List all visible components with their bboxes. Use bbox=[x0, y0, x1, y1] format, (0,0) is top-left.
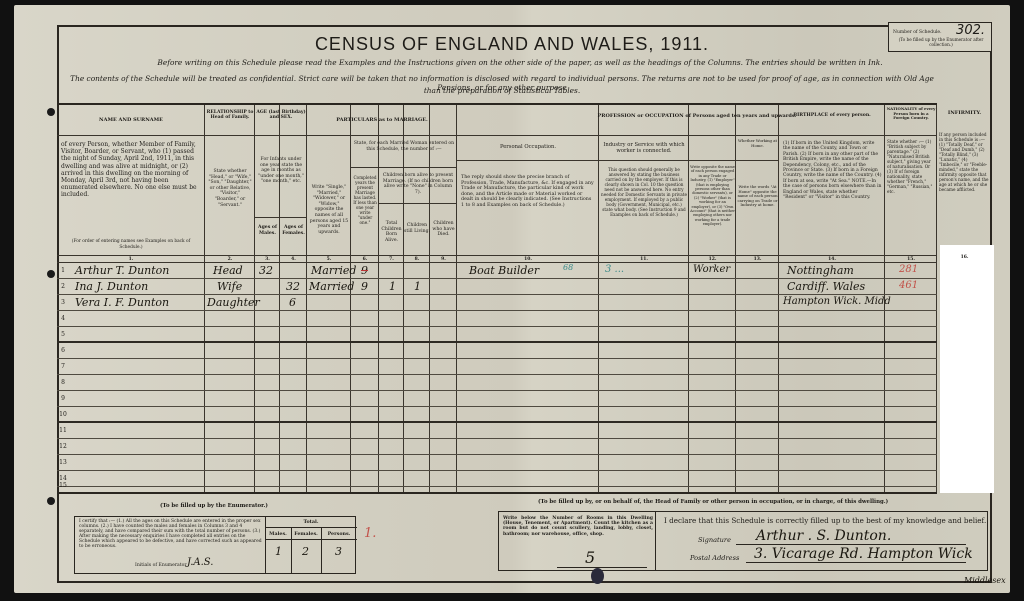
header-birthplace: BIRTHPLACE of every person. bbox=[779, 113, 885, 119]
entry-years-married: 9 bbox=[361, 280, 368, 293]
census-table: NAME AND SURNAME of every Person, whethe… bbox=[57, 103, 937, 494]
header-infirmity: INFIRMITY. bbox=[937, 110, 992, 116]
header-age: AGE (last Birthday) and SEX. bbox=[255, 110, 307, 120]
entry-birthplace-code: 461 bbox=[899, 280, 918, 291]
redacted-area bbox=[940, 245, 994, 493]
table-row: 13 bbox=[57, 455, 937, 471]
entry-relationship: Head bbox=[213, 264, 243, 277]
entry-industry: 3 ... bbox=[605, 264, 624, 275]
table-row: 9 bbox=[57, 391, 937, 407]
header-children: Children born alive to present Marriage.… bbox=[381, 173, 455, 195]
total-persons: 3 bbox=[335, 545, 342, 558]
entry-relationship: Daughter bbox=[207, 296, 260, 309]
entry-birthplace: Hampton Wick. Midd bbox=[783, 296, 891, 307]
header-age-females: Ages of Females. bbox=[280, 225, 307, 236]
header-name-body: of every Person, whether Member of Famil… bbox=[61, 141, 201, 199]
entry-birthplace: Cardiff. Wales bbox=[787, 280, 865, 293]
instruction-line: Before writing on this Schedule please r… bbox=[80, 58, 960, 67]
header-children-total: Total Children Born Alive. bbox=[379, 221, 404, 243]
header-personal-occupation: Personal Occupation. bbox=[459, 145, 597, 151]
entry-relationship: Wife bbox=[217, 280, 242, 293]
header-relationship-body: State whether "Head," or "Wife," "Son," … bbox=[207, 169, 253, 208]
table-row: 15 bbox=[57, 479, 937, 495]
entry-name: Arthur T. Dunton bbox=[75, 264, 169, 277]
total-females: 2 bbox=[302, 545, 309, 558]
table-row: 4 bbox=[57, 311, 937, 327]
header-marriage: PARTICULARS as to MARRIAGE. bbox=[307, 117, 457, 123]
table-row: 12 bbox=[57, 439, 937, 455]
header-name-note: (For order of entering names see Example… bbox=[61, 239, 201, 250]
entry-marital: Married bbox=[309, 280, 354, 293]
table-row: 7 bbox=[57, 359, 937, 375]
header-children-died: Children who have Died. bbox=[430, 221, 457, 238]
entry-employment: Worker bbox=[693, 264, 730, 275]
header-age-body: For Infants under one year state the age… bbox=[257, 157, 305, 185]
header-name: NAME AND SURNAME bbox=[57, 117, 205, 123]
postal-address-line2: Middlesex bbox=[964, 576, 1006, 585]
entry-children-total: 1 bbox=[389, 280, 396, 293]
confidential-line-2: than the preparation of Statistical Tabl… bbox=[62, 86, 942, 95]
schedule-number-box: Number of Schedule. (To be filled up by … bbox=[888, 22, 992, 52]
entry-age-female: 6 bbox=[289, 296, 296, 309]
entry-name: Ina J. Dunton bbox=[75, 280, 148, 293]
header-marital-body: Write "Single," "Married," "Widower," or… bbox=[309, 185, 349, 235]
table-row: 11 bbox=[57, 423, 937, 439]
rooms-box: Write below the Number of Rooms in this … bbox=[498, 511, 656, 571]
header-industry: Industry or Service with which worker is… bbox=[601, 143, 687, 154]
header-employment-body: Write opposite the name of each person e… bbox=[690, 165, 735, 227]
entry-birthplace: Nottingham bbox=[787, 264, 854, 277]
entry-marital: Married bbox=[311, 264, 356, 277]
certificate-box: I certify that :— (1.) All the ages on t… bbox=[74, 516, 356, 574]
margin-mark: 1. bbox=[364, 526, 376, 541]
total-label: Total. bbox=[265, 519, 357, 525]
total-males: 1 bbox=[275, 545, 282, 558]
header-children-living: Children still Living. bbox=[404, 223, 430, 234]
header-nationality-body: State whether :— (1) "British subject by… bbox=[887, 139, 935, 194]
rooms-instructions: Write below the Number of Rooms in this … bbox=[503, 516, 653, 537]
punch-hole bbox=[47, 270, 55, 278]
schedule-number-note: (To be filled up by the Enumerator after… bbox=[893, 37, 989, 47]
page-title: CENSUS OF ENGLAND AND WALES, 1911. bbox=[0, 34, 1024, 55]
enumerator-label: (To be filled up by the Enumerator.) bbox=[160, 503, 268, 509]
certify-text: I certify that :— (1.) All the ages on t… bbox=[79, 519, 265, 550]
entry-occupation: Boat Builder bbox=[469, 264, 539, 277]
header-married-woman: State, for each Married Woman entered on… bbox=[353, 141, 455, 152]
initials-label: Initials of Enumerator bbox=[135, 563, 187, 568]
entry-birthplace-code: 281 bbox=[899, 264, 918, 275]
header-nationality: NATIONALITY of every Person born in a Fo… bbox=[885, 107, 937, 121]
ink-blot bbox=[591, 568, 604, 584]
entry-age-female: 32 bbox=[286, 280, 300, 293]
rooms-count: 5 bbox=[585, 548, 595, 567]
table-row: 6 bbox=[57, 343, 937, 359]
schedule-number: 302. bbox=[956, 23, 985, 38]
signature: Arthur . S. Dunton. bbox=[756, 528, 891, 544]
table-row: 5 bbox=[57, 327, 937, 343]
header-at-home: Whether Working at Home. bbox=[737, 139, 778, 148]
header-industry-body: This question should generally be answer… bbox=[601, 167, 687, 217]
header-age-males: Ages of Males. bbox=[255, 225, 280, 236]
table-row: 10 bbox=[57, 407, 937, 423]
males-label: Males. bbox=[265, 531, 291, 537]
address-label: Postal Address bbox=[690, 554, 739, 562]
declaration-text: I declare that this Schedule is correctl… bbox=[664, 516, 986, 525]
signature-label: Signature bbox=[698, 536, 731, 544]
entry-years-married: 9 bbox=[361, 264, 368, 277]
entry-occupation-code: 68 bbox=[563, 263, 573, 272]
header-personal-occupation-body: The reply should show the precise branch… bbox=[461, 175, 595, 209]
header-relationship: RELATIONSHIP to Head of Family. bbox=[205, 110, 255, 120]
header-at-home-body: Write the words "At Home" opposite the n… bbox=[737, 185, 778, 208]
header-completed-years: Completed years the present Marriage has… bbox=[352, 175, 378, 225]
entry-name: Vera I. F. Dunton bbox=[75, 296, 169, 309]
enumerator-initials: J.A.S. bbox=[187, 557, 213, 568]
table-row: 8 bbox=[57, 375, 937, 391]
punch-hole bbox=[47, 497, 55, 505]
postal-address: 3. Vicarage Rd. Hampton Wick bbox=[754, 546, 973, 562]
punch-hole bbox=[47, 108, 55, 116]
head-label: (To be filled up by, or on behalf of, th… bbox=[538, 499, 888, 505]
declaration-box: I declare that this Schedule is correctl… bbox=[656, 511, 988, 571]
schedule-number-label: Number of Schedule. bbox=[893, 30, 942, 35]
header-infirmity-body: If any person included in this Schedule … bbox=[939, 132, 991, 192]
entry-age-male: 32 bbox=[259, 264, 273, 277]
females-label: Females. bbox=[291, 531, 321, 537]
entry-children-living: 1 bbox=[414, 280, 421, 293]
persons-label: Persons. bbox=[321, 531, 357, 537]
header-birthplace-body: (1) If born in the United Kingdom, write… bbox=[783, 141, 883, 200]
